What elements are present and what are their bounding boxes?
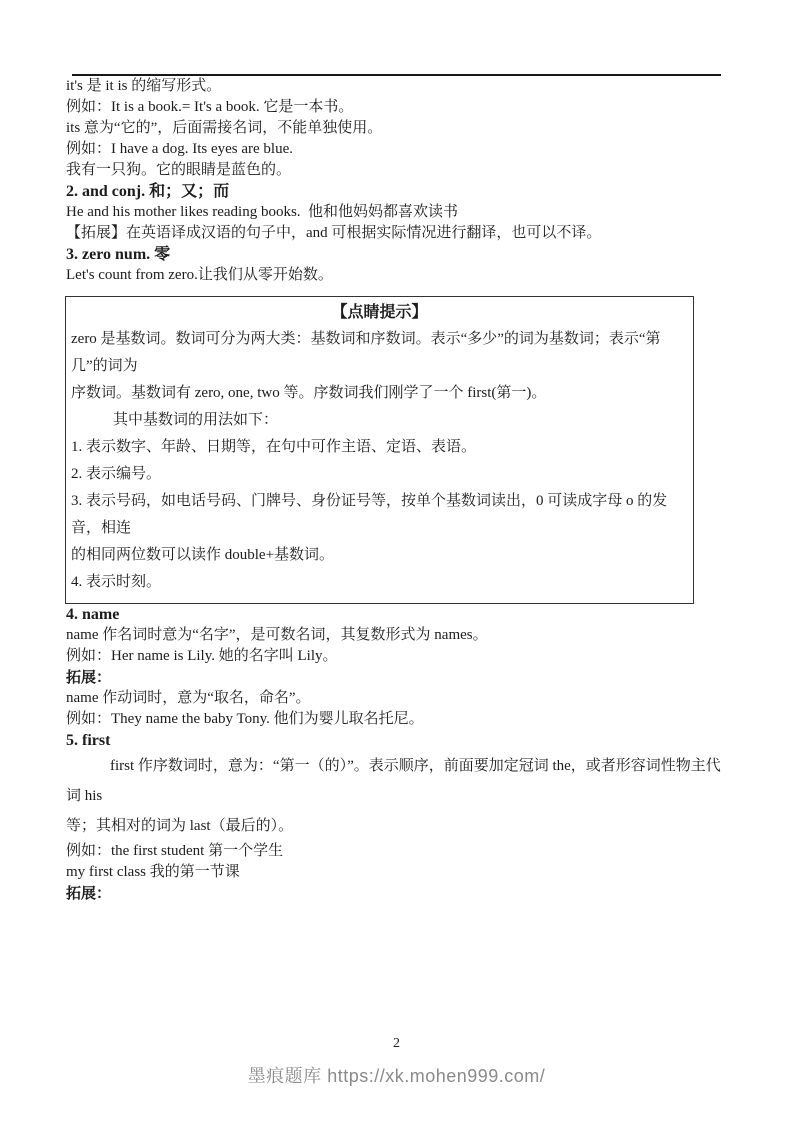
- watermark-text: 墨痕题库 https://xk.mohen999.com/: [0, 1062, 793, 1088]
- paragraph-and-note: 【拓展】在英语译成汉语的句子中，and 可根据实际情况进行翻译，也可以不译。: [66, 223, 723, 244]
- document-page: it's 是 it is 的缩写形式。 例如：It is a book.= It…: [0, 0, 793, 1122]
- paragraph-name-noun-usage: name 作名词时意为“名字”，是可数名词，其复数形式为 names。: [66, 625, 723, 646]
- page-number: 2: [0, 1036, 793, 1052]
- expand-label-first: 拓展：: [66, 883, 723, 904]
- paragraph-its-example-1: 例如：It is a book.= It's a book. 它是一本书。: [66, 97, 723, 118]
- paragraph-zero-example: Let's count from zero.让我们从零开始数。: [66, 265, 723, 286]
- paragraph-first-example-2: my first class 我的第一节课: [66, 862, 723, 883]
- tip-box-intro: zero 是基数词。数词可分为两大类：基数词和序数词。表示“多少”的词为基数词；…: [71, 326, 688, 407]
- paragraph-first-body: first 作序数词时，意为：“第一（的）”。表示顺序，前面要加定冠词 the，…: [66, 751, 723, 841]
- tip-box-item-4: 4. 表示时刻。: [71, 569, 688, 596]
- section-heading-and: 2. and conj. 和；又；而: [66, 181, 723, 202]
- paragraph-name-verb-example: 例如：They name the baby Tony. 他们为婴儿取名托尼。: [66, 709, 723, 730]
- tip-box: 【点睛提示】 zero 是基数词。数词可分为两大类：基数词和序数词。表示“多少”…: [65, 296, 694, 604]
- tip-box-usage-lead: 其中基数词的用法如下：: [71, 407, 688, 434]
- page-content: it's 是 it is 的缩写形式。 例如：It is a book.= It…: [66, 76, 723, 904]
- paragraph-first-example-1: 例如：the first student 第一个学生: [66, 841, 723, 862]
- paragraph-name-noun-example: 例如：Her name is Lily. 她的名字叫 Lily。: [66, 646, 723, 667]
- paragraph-its-contraction: it's 是 it is 的缩写形式。: [66, 76, 723, 97]
- section-heading-first: 5. first: [66, 730, 723, 751]
- tip-box-item-3: 3. 表示号码，如电话号码、门牌号、身份证号等，按单个基数词读出，0 可读成字母…: [71, 488, 688, 569]
- paragraph-its-meaning: its 意为“它的”，后面需接名词，不能单独使用。: [66, 118, 723, 139]
- section-heading-zero: 3. zero num. 零: [66, 244, 723, 265]
- paragraph-and-example: He and his mother likes reading books. 他…: [66, 202, 723, 223]
- expand-label-name: 拓展：: [66, 667, 723, 688]
- tip-box-title: 【点睛提示】: [71, 299, 688, 326]
- paragraph-its-translation: 我有一只狗。它的眼睛是蓝色的。: [66, 160, 723, 181]
- section-heading-name: 4. name: [66, 604, 723, 625]
- tip-box-item-2: 2. 表示编号。: [71, 461, 688, 488]
- paragraph-its-example-2: 例如：I have a dog. Its eyes are blue.: [66, 139, 723, 160]
- tip-box-item-1: 1. 表示数字、年龄、日期等，在句中可作主语、定语、表语。: [71, 434, 688, 461]
- paragraph-name-verb-usage: name 作动词时，意为“取名，命名”。: [66, 688, 723, 709]
